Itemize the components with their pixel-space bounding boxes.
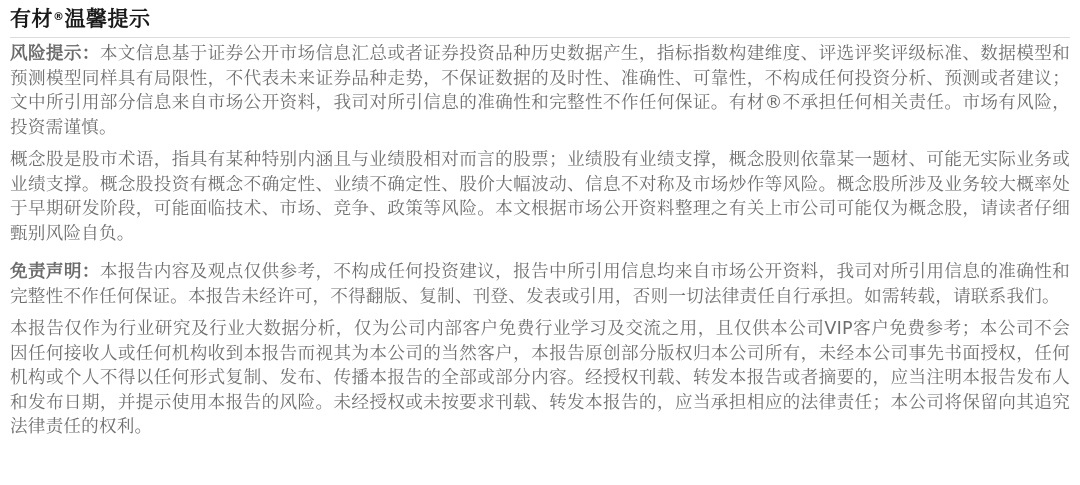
concept-stock-text: 概念股是股市术语，指具有某种特别内涵且与业绩股相对而言的股票；业绩股有业绩支撑，… (10, 150, 1070, 244)
registered-mark-icon: ® (53, 10, 65, 23)
disclaimer-text: 本报告内容及观点仅供参考，不构成任何投资建议，报告中所引用信息均来自市场公开资料… (10, 262, 1070, 307)
disclaimer-page: 有材®温馨提示 风险提示：本文信息基于证券公开市场信息汇总或者证券投资品种历史数… (0, 0, 1080, 485)
risk-warning-label: 风险提示： (10, 44, 100, 64)
disclaimer-label: 免责声明： (10, 262, 100, 282)
title-prefix: 有材 (10, 7, 53, 31)
title-divider (10, 37, 1070, 38)
page-title: 有材®温馨提示 (10, 0, 1070, 34)
concept-stock-paragraph: 概念股是股市术语，指具有某种特别内涵且与业绩股相对而言的股票；业绩股有业绩支撑，… (10, 148, 1070, 246)
copyright-text: 本报告仅作为行业研究及行业大数据分析，仅为公司内部客户免费行业学习及交流之用，且… (10, 319, 1070, 437)
risk-warning-text: 本文信息基于证券公开市场信息汇总或者证券投资品种历史数据产生，指标指数构建维度、… (10, 44, 1070, 138)
title-suffix: 温馨提示 (65, 7, 151, 31)
risk-warning-paragraph: 风险提示：本文信息基于证券公开市场信息汇总或者证券投资品种历史数据产生，指标指数… (10, 42, 1070, 140)
copyright-paragraph: 本报告仅作为行业研究及行业大数据分析，仅为公司内部客户免费行业学习及交流之用，且… (10, 317, 1070, 440)
disclaimer-paragraph: 免责声明：本报告内容及观点仅供参考，不构成任何投资建议，报告中所引用信息均来自市… (10, 260, 1070, 309)
